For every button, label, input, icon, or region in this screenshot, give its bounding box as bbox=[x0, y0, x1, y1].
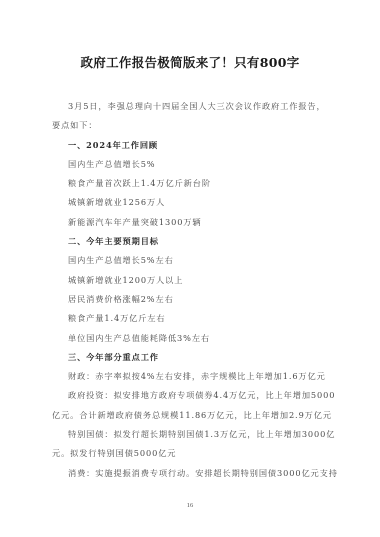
intro-line-1: 3月5日，李强总理向十四届全国人大三次会议作政府工作报告， bbox=[52, 97, 332, 116]
page-number: 16 bbox=[0, 502, 380, 509]
paragraph-special-bonds-line-1: 特别国债：拟发行超长期特别国债1.3万亿元，比上年增加3000亿 bbox=[52, 425, 332, 444]
intro-line-2: 要点如下： bbox=[52, 116, 332, 135]
list-item: 国内生产总值增长5% bbox=[52, 155, 332, 174]
paragraph-investment-line-1: 政府投资：拟安排地方政府专项债券4.4万亿元，比上年增加5000 bbox=[52, 386, 332, 405]
document-page: 政府工作报告极简版来了！只有800字 3月5日，李强总理向十四届全国人大三次会议… bbox=[0, 0, 380, 537]
document-title: 政府工作报告极简版来了！只有800字 bbox=[0, 53, 380, 71]
list-item: 国内生产总值增长5%左右 bbox=[52, 251, 332, 270]
list-item: 粮食产量1.4万亿斤左右 bbox=[52, 309, 332, 328]
list-item: 粮食产量首次跃上1.4万亿斤新台阶 bbox=[52, 174, 332, 193]
section-heading-targets: 二、今年主要预期目标 bbox=[52, 232, 332, 251]
document-body: 3月5日，李强总理向十四届全国人大三次会议作政府工作报告， 要点如下： 一、20… bbox=[52, 97, 332, 483]
list-item: 居民消费价格涨幅2%左右 bbox=[52, 290, 332, 309]
list-item: 城镇新增就业1256万人 bbox=[52, 193, 332, 212]
section-heading-key-work: 三、今年部分重点工作 bbox=[52, 348, 332, 367]
list-item: 单位国内生产总值能耗降低3%左右 bbox=[52, 329, 332, 348]
paragraph-investment-line-2: 亿元。合计新增政府债务总规模11.86万亿元，比上年增加2.9万亿元 bbox=[52, 406, 332, 425]
paragraph-consumption: 消费：实施提振消费专项行动。安排超长期特别国债3000亿元支持 bbox=[52, 464, 332, 483]
paragraph-fiscal: 财政：赤字率拟按4%左右安排，赤字规模比上年增加1.6万亿元 bbox=[52, 367, 332, 386]
section-heading-review: 一、2024年工作回顾 bbox=[52, 136, 332, 155]
paragraph-special-bonds-line-2: 元。拟发行特别国债5000亿元 bbox=[52, 444, 332, 463]
list-item: 新能源汽车年产量突破1300万辆 bbox=[52, 213, 332, 232]
list-item: 城镇新增就业1200万人以上 bbox=[52, 271, 332, 290]
